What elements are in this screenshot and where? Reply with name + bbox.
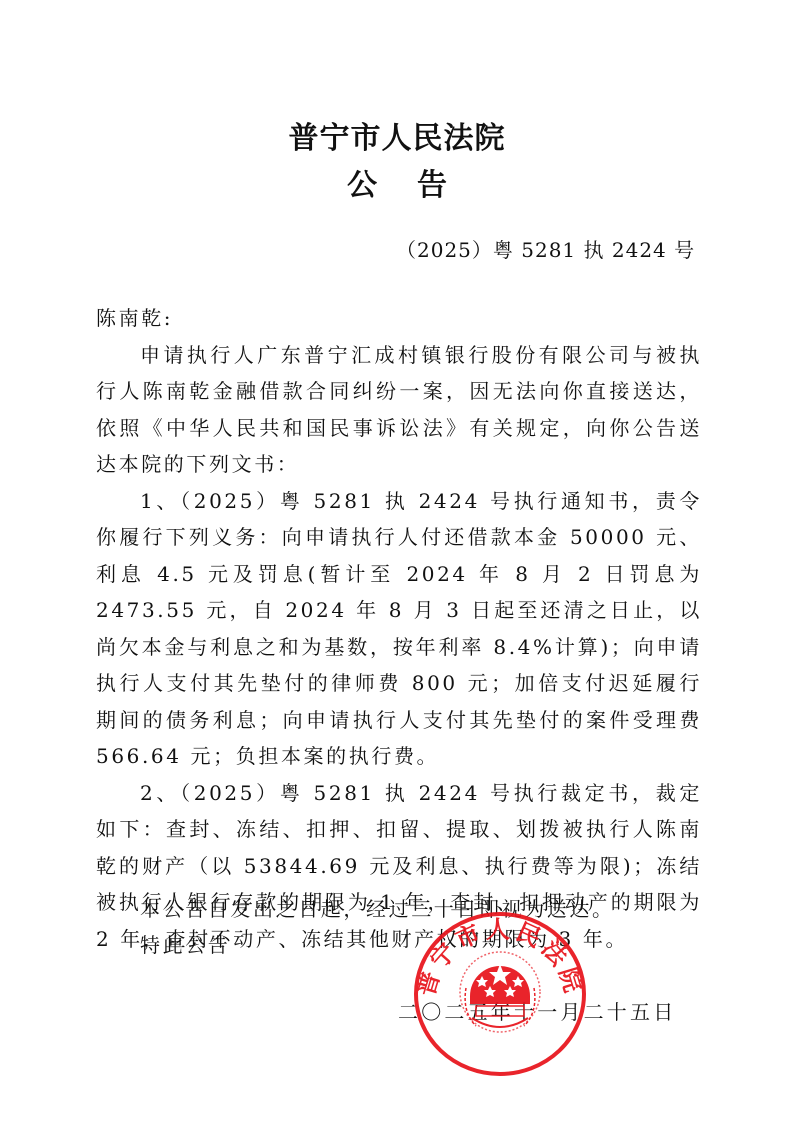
notice-page: 普宁市人民法院 公告 （2025）粤 5281 执 2424 号 陈南乾: 申请… bbox=[0, 0, 794, 1122]
intro-paragraph: 申请执行人广东普宁汇成村镇银行股份有限公司与被执行人陈南乾金融借款合同纠纷一案，… bbox=[96, 337, 702, 483]
sign-off: 特此公告 bbox=[140, 929, 230, 958]
notice-body: 陈南乾: 申请执行人广东普宁汇成村镇银行股份有限公司与被执行人陈南乾金融借款合同… bbox=[96, 300, 702, 957]
document-type: 公告 bbox=[0, 160, 794, 204]
item-1-execution-notice: 1、（2025）粤 5281 执 2424 号执行通知书，责令你履行下列义务：向… bbox=[96, 483, 702, 775]
effect-statement: 本公告自发出之日起，经过三十日即视为送达。 bbox=[140, 893, 615, 922]
case-number: （2025）粤 5281 执 2424 号 bbox=[396, 234, 695, 263]
issue-date: 二〇二五年十一月二十五日 bbox=[398, 996, 676, 1025]
addressee: 陈南乾: bbox=[96, 300, 702, 337]
court-name: 普宁市人民法院 bbox=[0, 113, 794, 157]
